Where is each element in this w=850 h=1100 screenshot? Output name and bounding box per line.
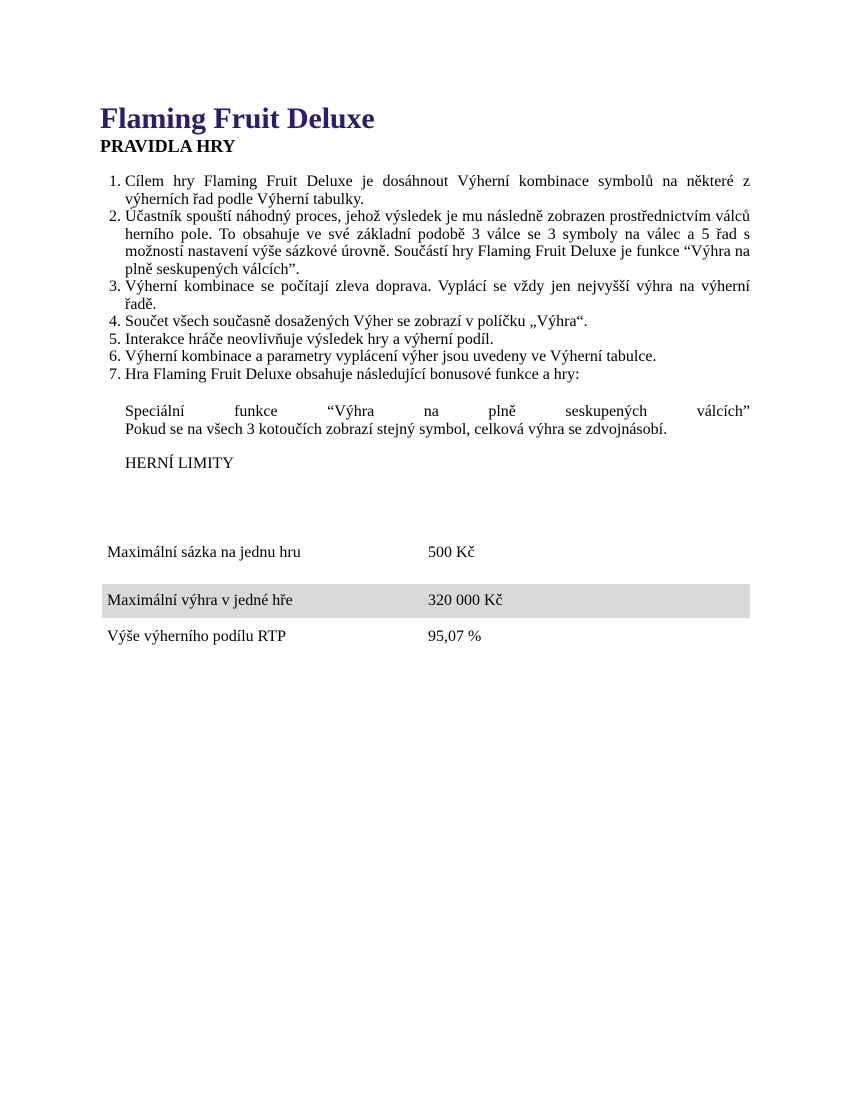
special-feature: Speciální funkce “Výhra na plně seskupen… xyxy=(125,403,750,438)
document-page: Flaming Fruit Deluxe PRAVIDLA HRY Cílem … xyxy=(100,102,750,473)
rule-item: Součet všech současně dosažených Výher s… xyxy=(125,313,750,331)
rule-item: Cílem hry Flaming Fruit Deluxe je dosáhn… xyxy=(125,173,750,208)
game-title: Flaming Fruit Deluxe xyxy=(100,102,750,136)
limit-value: 320 000 Kč xyxy=(428,592,750,610)
rule-item: Účastník spouští náhodný proces, jehož v… xyxy=(125,208,750,278)
limit-value: 500 Kč xyxy=(428,544,750,562)
special-feature-description: Pokud se na všech 3 kotoučích zobrazí st… xyxy=(125,421,750,439)
rule-item: Výherní kombinace a parametry vyplácení … xyxy=(125,348,750,366)
limits-heading: HERNÍ LIMITY xyxy=(125,455,750,473)
limit-label: Maximální výhra v jedné hře xyxy=(102,592,428,610)
limits-row: Výše výherního podílu RTP 95,07 % xyxy=(102,620,750,654)
rules-list: Cílem hry Flaming Fruit Deluxe je dosáhn… xyxy=(100,173,750,383)
rule-item: Interakce hráče neovlivňuje výsledek hry… xyxy=(125,331,750,349)
rule-item: Hra Flaming Fruit Deluxe obsahuje násled… xyxy=(125,366,750,384)
limits-row: Maximální sázka na jednu hru 500 Kč xyxy=(102,536,750,570)
limit-value: 95,07 % xyxy=(428,628,750,646)
rules-heading: PRAVIDLA HRY xyxy=(100,136,750,156)
special-feature-heading: Speciální funkce “Výhra na plně seskupen… xyxy=(125,403,750,421)
limit-label: Maximální sázka na jednu hru xyxy=(102,544,428,562)
limit-label: Výše výherního podílu RTP xyxy=(102,628,428,646)
rule-item: Výherní kombinace se počítají zleva dopr… xyxy=(125,278,750,313)
limits-row: Maximální výhra v jedné hře 320 000 Kč xyxy=(102,584,750,618)
limits-table: Maximální sázka na jednu hru 500 Kč Maxi… xyxy=(102,536,750,668)
